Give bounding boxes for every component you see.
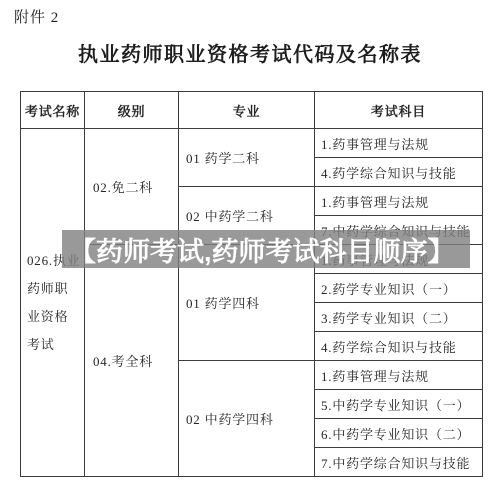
exam-code-table: 考试名称 级别 专业 考试科目 026.执业 药师职 业资格 考试 02.免二科…	[20, 91, 483, 477]
level-cell-kao-quan-ke: 04.考全科	[85, 245, 179, 477]
subject-cell: 5.中药学专业知识（一）	[315, 390, 483, 419]
attachment-label: 附件 2	[14, 6, 59, 27]
subject-cell: 4.药学综合知识与技能	[315, 158, 483, 187]
subject-cell: 4.药学综合知识与技能	[315, 332, 483, 361]
watermark-banner: 【药师考试,药师考试科目顺序】	[62, 230, 470, 268]
header-level: 级别	[85, 92, 179, 129]
subject-cell: 2.药学专业知识（一）	[315, 274, 483, 303]
page-title: 执业药师职业资格考试代码及名称表	[0, 38, 500, 67]
table-row: 026.执业 药师职 业资格 考试 02.免二科 01 药学二科 1.药事管理与…	[21, 129, 483, 158]
major-cell-yaoxue-erke: 01 药学二科	[179, 129, 315, 187]
exam-name-cell: 026.执业 药师职 业资格 考试	[21, 129, 85, 477]
header-exam-name: 考试名称	[21, 92, 85, 129]
subject-cell: 3.药学专业知识（二）	[315, 303, 483, 332]
level-cell-mian-er-ke: 02.免二科	[85, 129, 179, 245]
header-major: 专业	[179, 92, 315, 129]
major-cell-zhongyaoxue-sike: 02 中药学四科	[179, 361, 315, 477]
header-subjects: 考试科目	[315, 92, 483, 129]
subject-cell: 7.中药学综合知识与技能	[315, 448, 483, 477]
table-header-row: 考试名称 级别 专业 考试科目	[21, 92, 483, 129]
subject-cell: 1.药事管理与法规	[315, 361, 483, 390]
subject-cell: 1.药事管理与法规	[315, 129, 483, 158]
subject-cell: 6.中药学专业知识（二）	[315, 419, 483, 448]
watermark-text: 【药师考试,药师考试科目顺序】	[69, 230, 455, 269]
subject-cell: 1.药事管理与法规	[315, 187, 483, 216]
